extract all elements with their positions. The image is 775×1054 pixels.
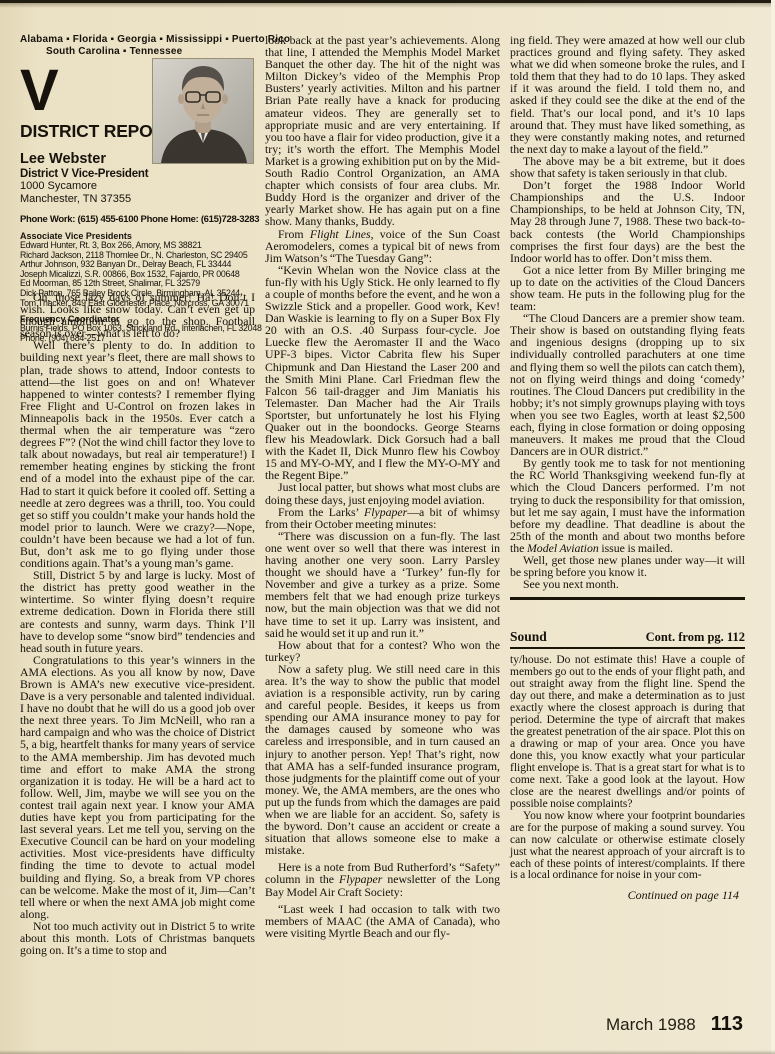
magazine-page: { "header": { "states_line1": "Alabama ▪… bbox=[0, 0, 775, 1054]
page-edge-bottom bbox=[0, 1050, 775, 1054]
paragraph: By gently took me to task for not mentio… bbox=[510, 457, 745, 554]
vp-portrait-photo bbox=[152, 58, 254, 164]
continued-on-note: Continued on page 114 bbox=[510, 888, 745, 903]
column-1: Alabama ▪ Florida ▪ Georgia ▪ Mississipp… bbox=[20, 34, 255, 956]
paragraph: Well there’s plenty to do. In addition t… bbox=[20, 339, 255, 569]
sound-section-title: Sound bbox=[510, 629, 547, 645]
paragraph: The above may be a bit extreme, but it d… bbox=[510, 155, 745, 179]
sound-section-header: Sound Cont. from pg. 112 bbox=[510, 629, 745, 645]
paragraph: From the Larks’ Flypaper—a bit of whimsy… bbox=[265, 506, 500, 530]
paragraph: Just local patter, but shows what most c… bbox=[265, 481, 500, 505]
paragraph: Don’t forget the 1988 Indoor World Champ… bbox=[510, 179, 745, 264]
paragraph: From Flight Lines, voice of the Sun Coas… bbox=[265, 228, 500, 264]
paragraph: See you next month. bbox=[510, 578, 745, 590]
list-line: Phone: (904) 684-2517 bbox=[20, 334, 255, 344]
vp-address-line-2: Manchester, TN 37355 bbox=[20, 194, 255, 206]
page-content: Alabama ▪ Florida ▪ Georgia ▪ Mississipp… bbox=[20, 34, 745, 956]
paragraph: ty/house. Do not estimate this! Have a c… bbox=[510, 655, 745, 810]
footer-page-number: 113 bbox=[711, 1013, 743, 1036]
paragraph: Congratulations to this year’s winners i… bbox=[20, 654, 255, 920]
associate-vp-list: Edward Hunter, Rt. 3, Box 266, Amory, MS… bbox=[20, 241, 255, 308]
section-divider-rule bbox=[510, 597, 745, 600]
column-1-body: Oh, those lazy days of summer! Ha! Don’t… bbox=[20, 291, 255, 956]
column-3: ing field. They were amazed at how well … bbox=[510, 34, 745, 956]
page-footer: March 1988 113 bbox=[606, 1013, 743, 1036]
vp-phone-line: Phone Work: (615) 455-6100 Phone Home: (… bbox=[20, 214, 255, 225]
paragraph: “Kevin Whelan won the Novice class at th… bbox=[265, 264, 500, 482]
frequency-coordinator-list: Burnis Fields, PO Box 1063, Strickland R… bbox=[20, 324, 255, 343]
vp-role: District V Vice-President bbox=[20, 168, 255, 180]
column-2: look back at the past year’s achievement… bbox=[265, 34, 500, 956]
paragraph: “The Cloud Dancers are a premier show te… bbox=[510, 312, 745, 457]
paragraph: ing field. They were amazed at how well … bbox=[510, 34, 745, 155]
sound-continued-from: Cont. from pg. 112 bbox=[646, 630, 745, 645]
sound-section: Sound Cont. from pg. 112 ty/house. Do no… bbox=[510, 597, 745, 903]
column-3-body: ing field. They were amazed at how well … bbox=[510, 34, 745, 590]
footer-issue-date: March 1988 bbox=[606, 1015, 696, 1035]
paragraph: “Last week I had occasion to talk with t… bbox=[265, 903, 500, 939]
vp-address-line-1: 1000 Sycamore bbox=[20, 181, 255, 193]
paragraph: Still, District 5 by and large is lucky.… bbox=[20, 569, 255, 654]
page-edge-right bbox=[771, 0, 775, 1054]
page-edge-shadow bbox=[0, 3, 775, 8]
sound-section-body: ty/house. Do not estimate this! Have a c… bbox=[510, 655, 745, 882]
paragraph: Well, get those new planes under way—it … bbox=[510, 554, 745, 578]
paragraph: “There was discussion on a fun-fly. The … bbox=[265, 530, 500, 639]
paragraph: You now know where your footprint bounda… bbox=[510, 811, 745, 883]
paragraph: look back at the past year’s achievement… bbox=[265, 34, 500, 228]
sound-header-rule bbox=[510, 647, 745, 649]
paragraph: Now a safety plug. We still need care in… bbox=[265, 663, 500, 857]
paragraph: How about that for a contest? Who won th… bbox=[265, 639, 500, 663]
district-report-header: Alabama ▪ Florida ▪ Georgia ▪ Mississipp… bbox=[20, 34, 255, 284]
paragraph: Not too much activity out in District 5 … bbox=[20, 920, 255, 956]
list-line: Tom Thacker, 849 East Glochester Place, … bbox=[20, 299, 255, 309]
district-states-line-2: South Carolina ▪ Tennessee bbox=[20, 46, 255, 58]
paragraph: Here is a note from Bud Rutherford’s “Sa… bbox=[265, 861, 500, 897]
district-states-line-1: Alabama ▪ Florida ▪ Georgia ▪ Mississipp… bbox=[20, 34, 255, 46]
paragraph: Got a nice letter from By Miller bringin… bbox=[510, 264, 745, 312]
